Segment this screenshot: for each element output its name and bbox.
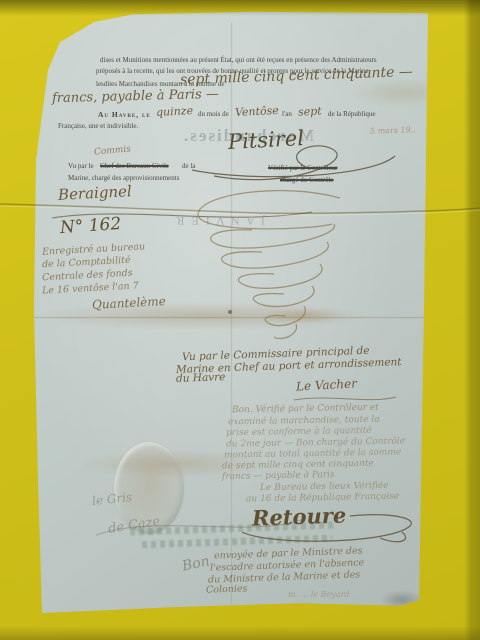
photo-of-document: dises et Munitions mentionnées au présen… — [0, 0, 480, 640]
photo-bottom-shadow — [0, 626, 480, 640]
photo-top-shadow — [0, 0, 480, 16]
mat-crease-line — [0, 0, 480, 640]
